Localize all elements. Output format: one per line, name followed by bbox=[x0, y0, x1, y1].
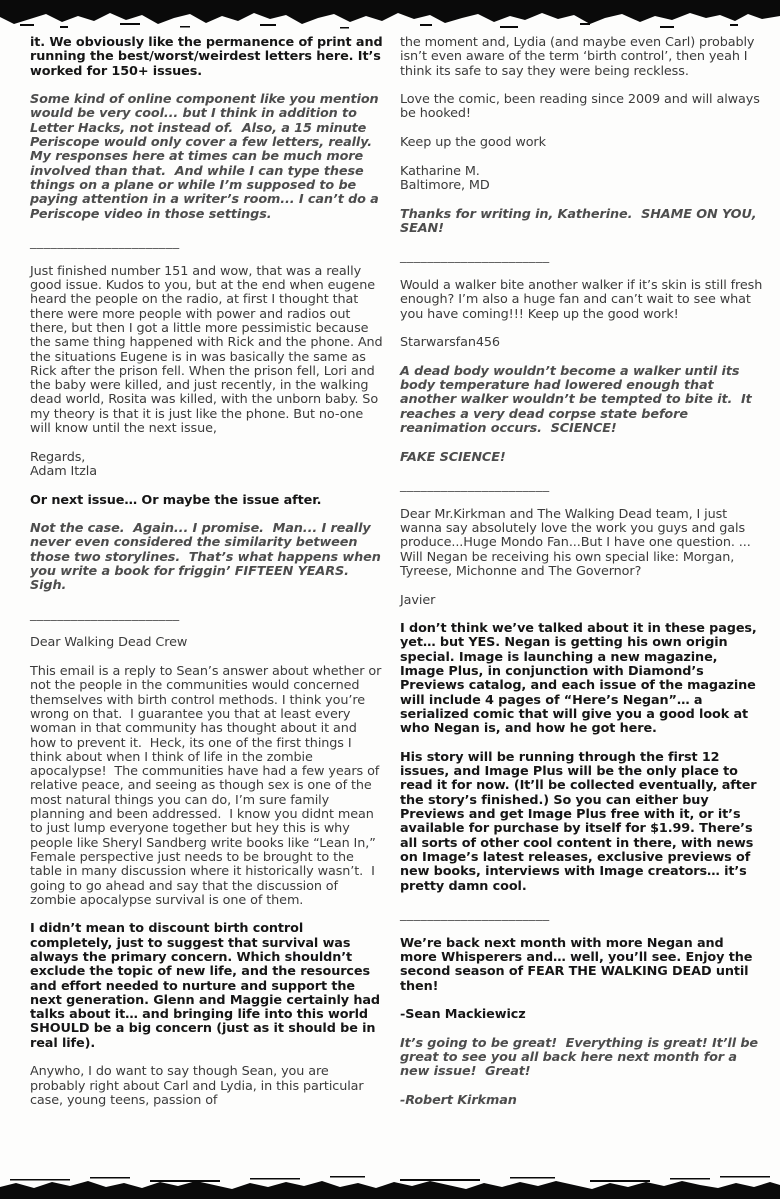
kirkman-response-paragraph: A dead body wouldn’t become a walker unt… bbox=[400, 365, 764, 436]
reader-letter-paragraph: Regards, Adam Itzla bbox=[30, 451, 384, 480]
kirkman-response-paragraph: FAKE SCIENCE! bbox=[400, 451, 764, 465]
reader-letter-paragraph: Anywho, I do want to say though Sean, yo… bbox=[30, 1065, 384, 1108]
kirkman-response-paragraph: Some kind of online component like you m… bbox=[30, 93, 384, 222]
editor-response-paragraph: His story will be running through the fi… bbox=[400, 751, 764, 894]
reader-letter-paragraph: Love the comic, been reading since 2009 … bbox=[400, 93, 764, 122]
editor-response-paragraph: it. We obviously like the permanence of … bbox=[30, 36, 384, 79]
section-divider: ______________________ bbox=[400, 908, 764, 922]
kirkman-response-paragraph: Thanks for writing in, Katherine. SHAME … bbox=[400, 208, 764, 237]
reader-letter-paragraph: Keep up the good work bbox=[400, 136, 764, 150]
kirkman-response-paragraph: -Robert Kirkman bbox=[400, 1094, 764, 1108]
kirkman-response-paragraph: Not the case. Again... I promise. Man...… bbox=[30, 522, 384, 593]
reader-letter-paragraph: Starwarsfan456 bbox=[400, 336, 764, 350]
section-divider: ______________________ bbox=[30, 608, 384, 622]
column-left: it. We obviously like the permanence of … bbox=[30, 36, 384, 1123]
reader-letter-paragraph: Dear Walking Dead Crew bbox=[30, 636, 384, 650]
editor-response-paragraph: Or next issue… Or maybe the issue after. bbox=[30, 494, 384, 508]
reader-letter-paragraph: This email is a reply to Sean’s answer a… bbox=[30, 665, 384, 908]
reader-letter-paragraph: the moment and, Lydia (and maybe even Ca… bbox=[400, 36, 764, 79]
kirkman-response-paragraph: It’s going to be great! Everything is gr… bbox=[400, 1037, 764, 1080]
editor-response-paragraph: I don’t think we’ve talked about it in t… bbox=[400, 622, 764, 736]
editor-response-paragraph: -Sean Mackiewicz bbox=[400, 1008, 764, 1022]
column-right: the moment and, Lydia (and maybe even Ca… bbox=[400, 36, 764, 1123]
section-divider: ______________________ bbox=[400, 250, 764, 264]
top-grunge-border bbox=[0, 0, 780, 30]
reader-letter-paragraph: Just finished number 151 and wow, that w… bbox=[30, 265, 384, 437]
reader-letter-paragraph: Dear Mr.Kirkman and The Walking Dead tea… bbox=[400, 508, 764, 579]
editor-response-paragraph: We’re back next month with more Negan an… bbox=[400, 937, 764, 994]
reader-letter-paragraph: Katharine M. Baltimore, MD bbox=[400, 165, 764, 194]
letters-content: it. We obviously like the permanence of … bbox=[30, 36, 764, 1123]
letters-page: it. We obviously like the permanence of … bbox=[0, 0, 780, 1199]
reader-letter-paragraph: Would a walker bite another walker if it… bbox=[400, 279, 764, 322]
editor-response-paragraph: I didn’t mean to discount birth control … bbox=[30, 922, 384, 1051]
section-divider: ______________________ bbox=[400, 479, 764, 493]
reader-letter-paragraph: Javier bbox=[400, 594, 764, 608]
section-divider: ______________________ bbox=[30, 236, 384, 250]
bottom-grunge-border bbox=[0, 1173, 780, 1199]
